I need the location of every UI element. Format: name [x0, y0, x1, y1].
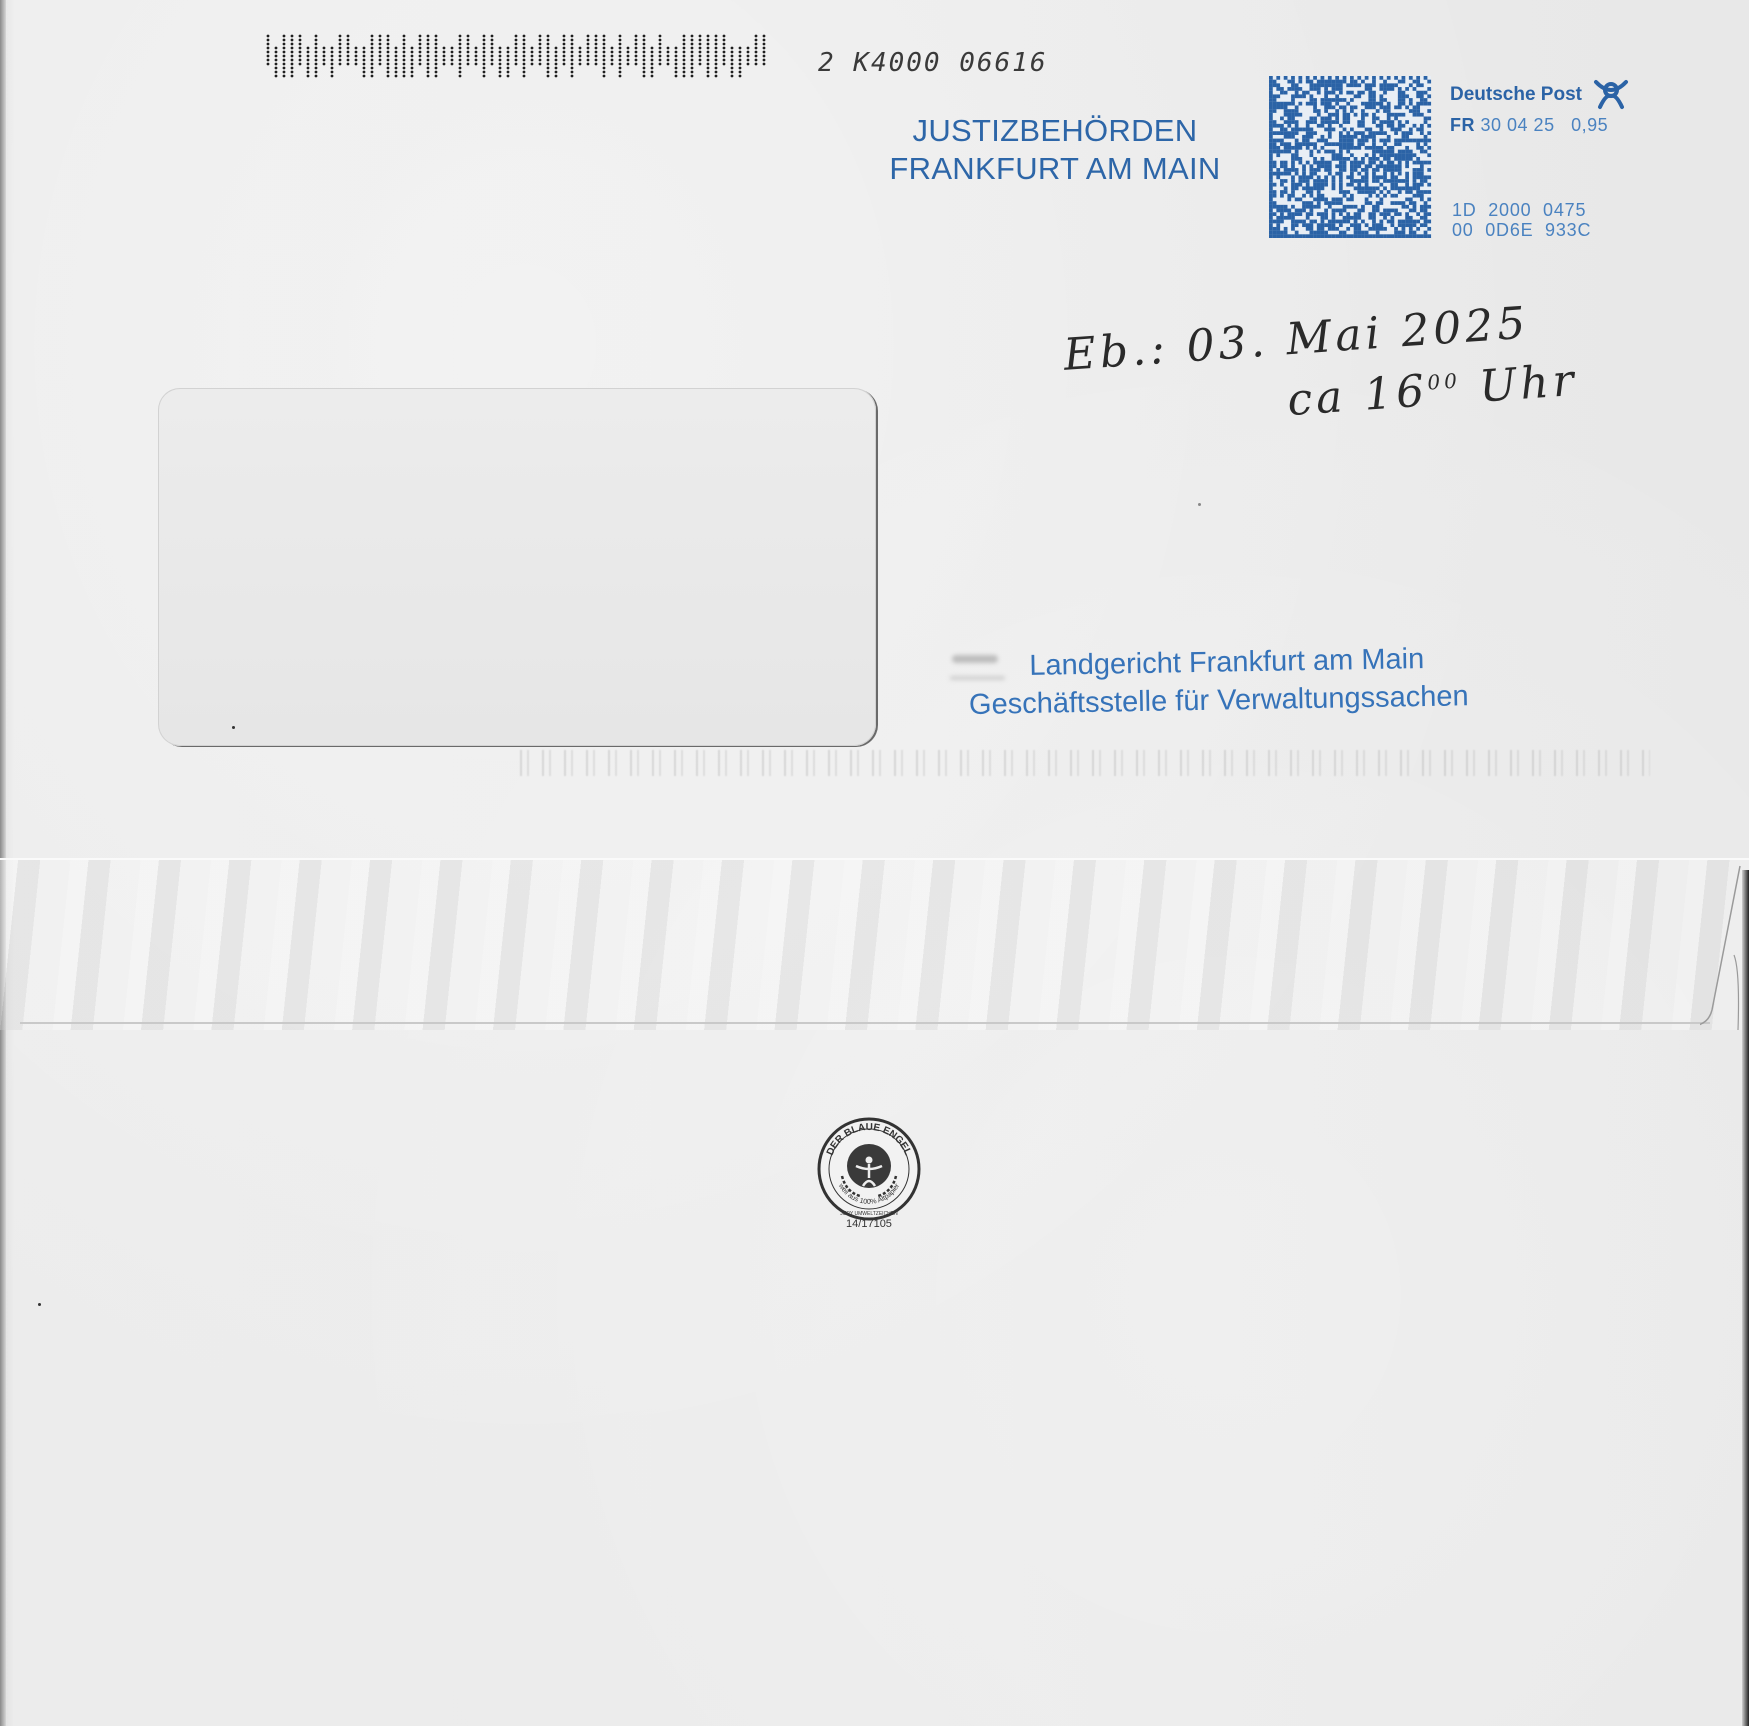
blue-angel-eco-label-icon: DER BLAUE ENGEL weil aus 100% Altpapier … [816, 1116, 922, 1222]
datamatrix-code [1268, 76, 1432, 238]
flap-edge [20, 1022, 1710, 1024]
sender-header: JUSTIZBEHÖRDEN FRANKFURT AM MAIN [860, 112, 1250, 188]
barcode-number: 2 K4000 06616 [818, 48, 1048, 78]
handwritten-time-suffix: Uhr [1460, 355, 1580, 414]
ghost-barcode [520, 750, 1650, 776]
franking-date: 30 04 25 [1481, 115, 1555, 135]
paper-speck [1198, 503, 1201, 506]
franking-region: FR [1450, 115, 1475, 135]
sender-stamp: Landgericht Frankfurt am Main Geschäftss… [968, 639, 1469, 724]
envelope-flap [0, 858, 1749, 1030]
handwritten-time-minutes: 00 [1427, 368, 1462, 394]
franking-code-line2: 00 0D6E 933C [1452, 220, 1591, 241]
franking-code-line1: 1D 2000 0475 [1452, 200, 1586, 221]
sender-stamp-line2: Geschäftsstelle für Verwaltungssachen [969, 677, 1469, 724]
handwritten-time: ca 16 [1286, 365, 1430, 426]
address-window [158, 388, 876, 746]
envelope-right-edge [1742, 870, 1749, 1726]
handwritten-note: Eb.: 03. Mai 2025 ca 1600 Uhr [1062, 294, 1579, 442]
posthorn-icon [1592, 76, 1630, 110]
franking-brand: Deutsche Post [1450, 84, 1582, 106]
paper-speck [232, 726, 235, 729]
eco-label-number: 14/17105 [810, 1218, 928, 1230]
svg-text:JURY UMWELTZEICHEN: JURY UMWELTZEICHEN [840, 1211, 898, 1217]
postal-barcode [266, 34, 774, 80]
envelope: 2 K4000 06616 JUSTIZBEHÖRDEN FRANKFURT A… [0, 0, 1749, 1726]
sender-header-line1: JUSTIZBEHÖRDEN [860, 112, 1250, 150]
sender-header-line2: FRANKFURT AM MAIN [860, 150, 1250, 188]
franking-postage: 0,95 [1571, 115, 1608, 135]
franking-date-line: FR 30 04 25 0,95 [1450, 115, 1608, 136]
paper-speck [38, 1303, 41, 1306]
